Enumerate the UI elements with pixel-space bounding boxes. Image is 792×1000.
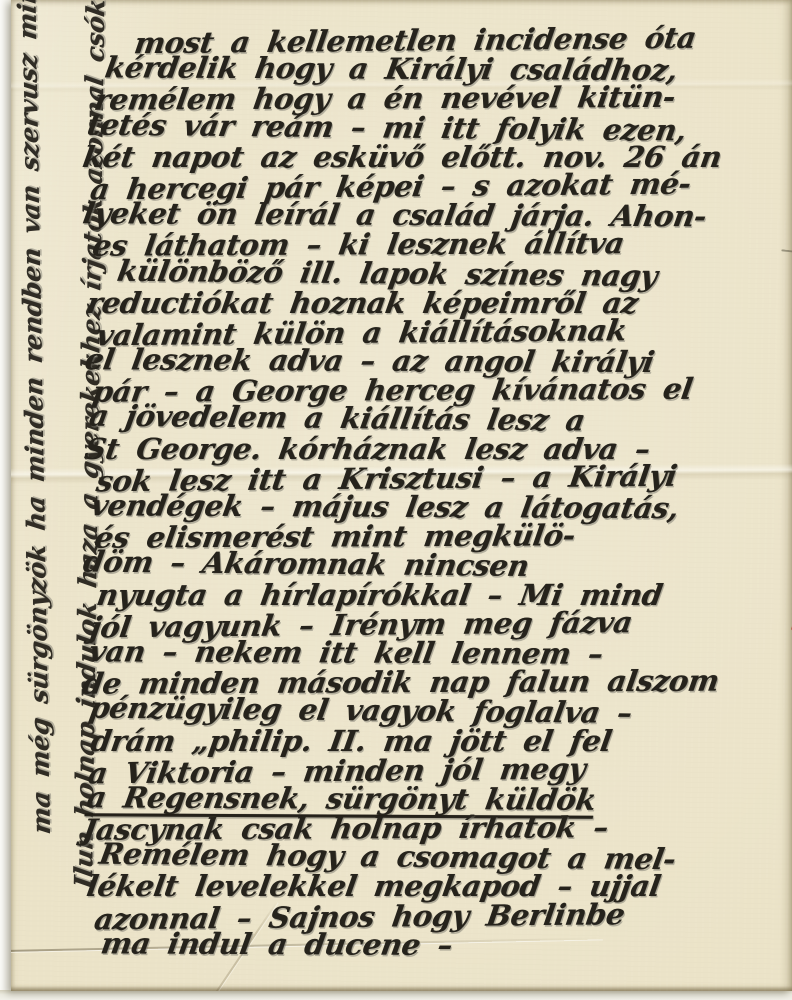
scanned-letter: ma még sürgönyzök ha minden rendben van … [0, 0, 792, 1000]
handwriting-line: St George. kórháznak lesz adva – [83, 435, 792, 464]
handwriting-line: lékelt levelekkel megkapod – ujjal [85, 872, 792, 901]
handwriting-line: nyugta a hírlapírókkal – Mi mind [95, 581, 792, 610]
handwriting-line: reductiókat hoznak képeimről az [85, 289, 792, 318]
paper-bottom-edge [11, 986, 792, 991]
margin-note-line: ma még sürgönyzök ha minden rendben van … [11, 0, 56, 836]
handwriting-line: ma indul a ducene – [99, 929, 792, 962]
scan-backing-bottom [0, 990, 792, 1000]
letter-body: most a kellemetlen incidense ótakérdelik… [83, 26, 791, 960]
pencil-tick-mark [780, 249, 792, 262]
handwriting-line: drám „philip. II. ma jött el fel [89, 727, 792, 756]
letter-page: ma még sürgönyzök ha minden rendben van … [11, 0, 792, 991]
